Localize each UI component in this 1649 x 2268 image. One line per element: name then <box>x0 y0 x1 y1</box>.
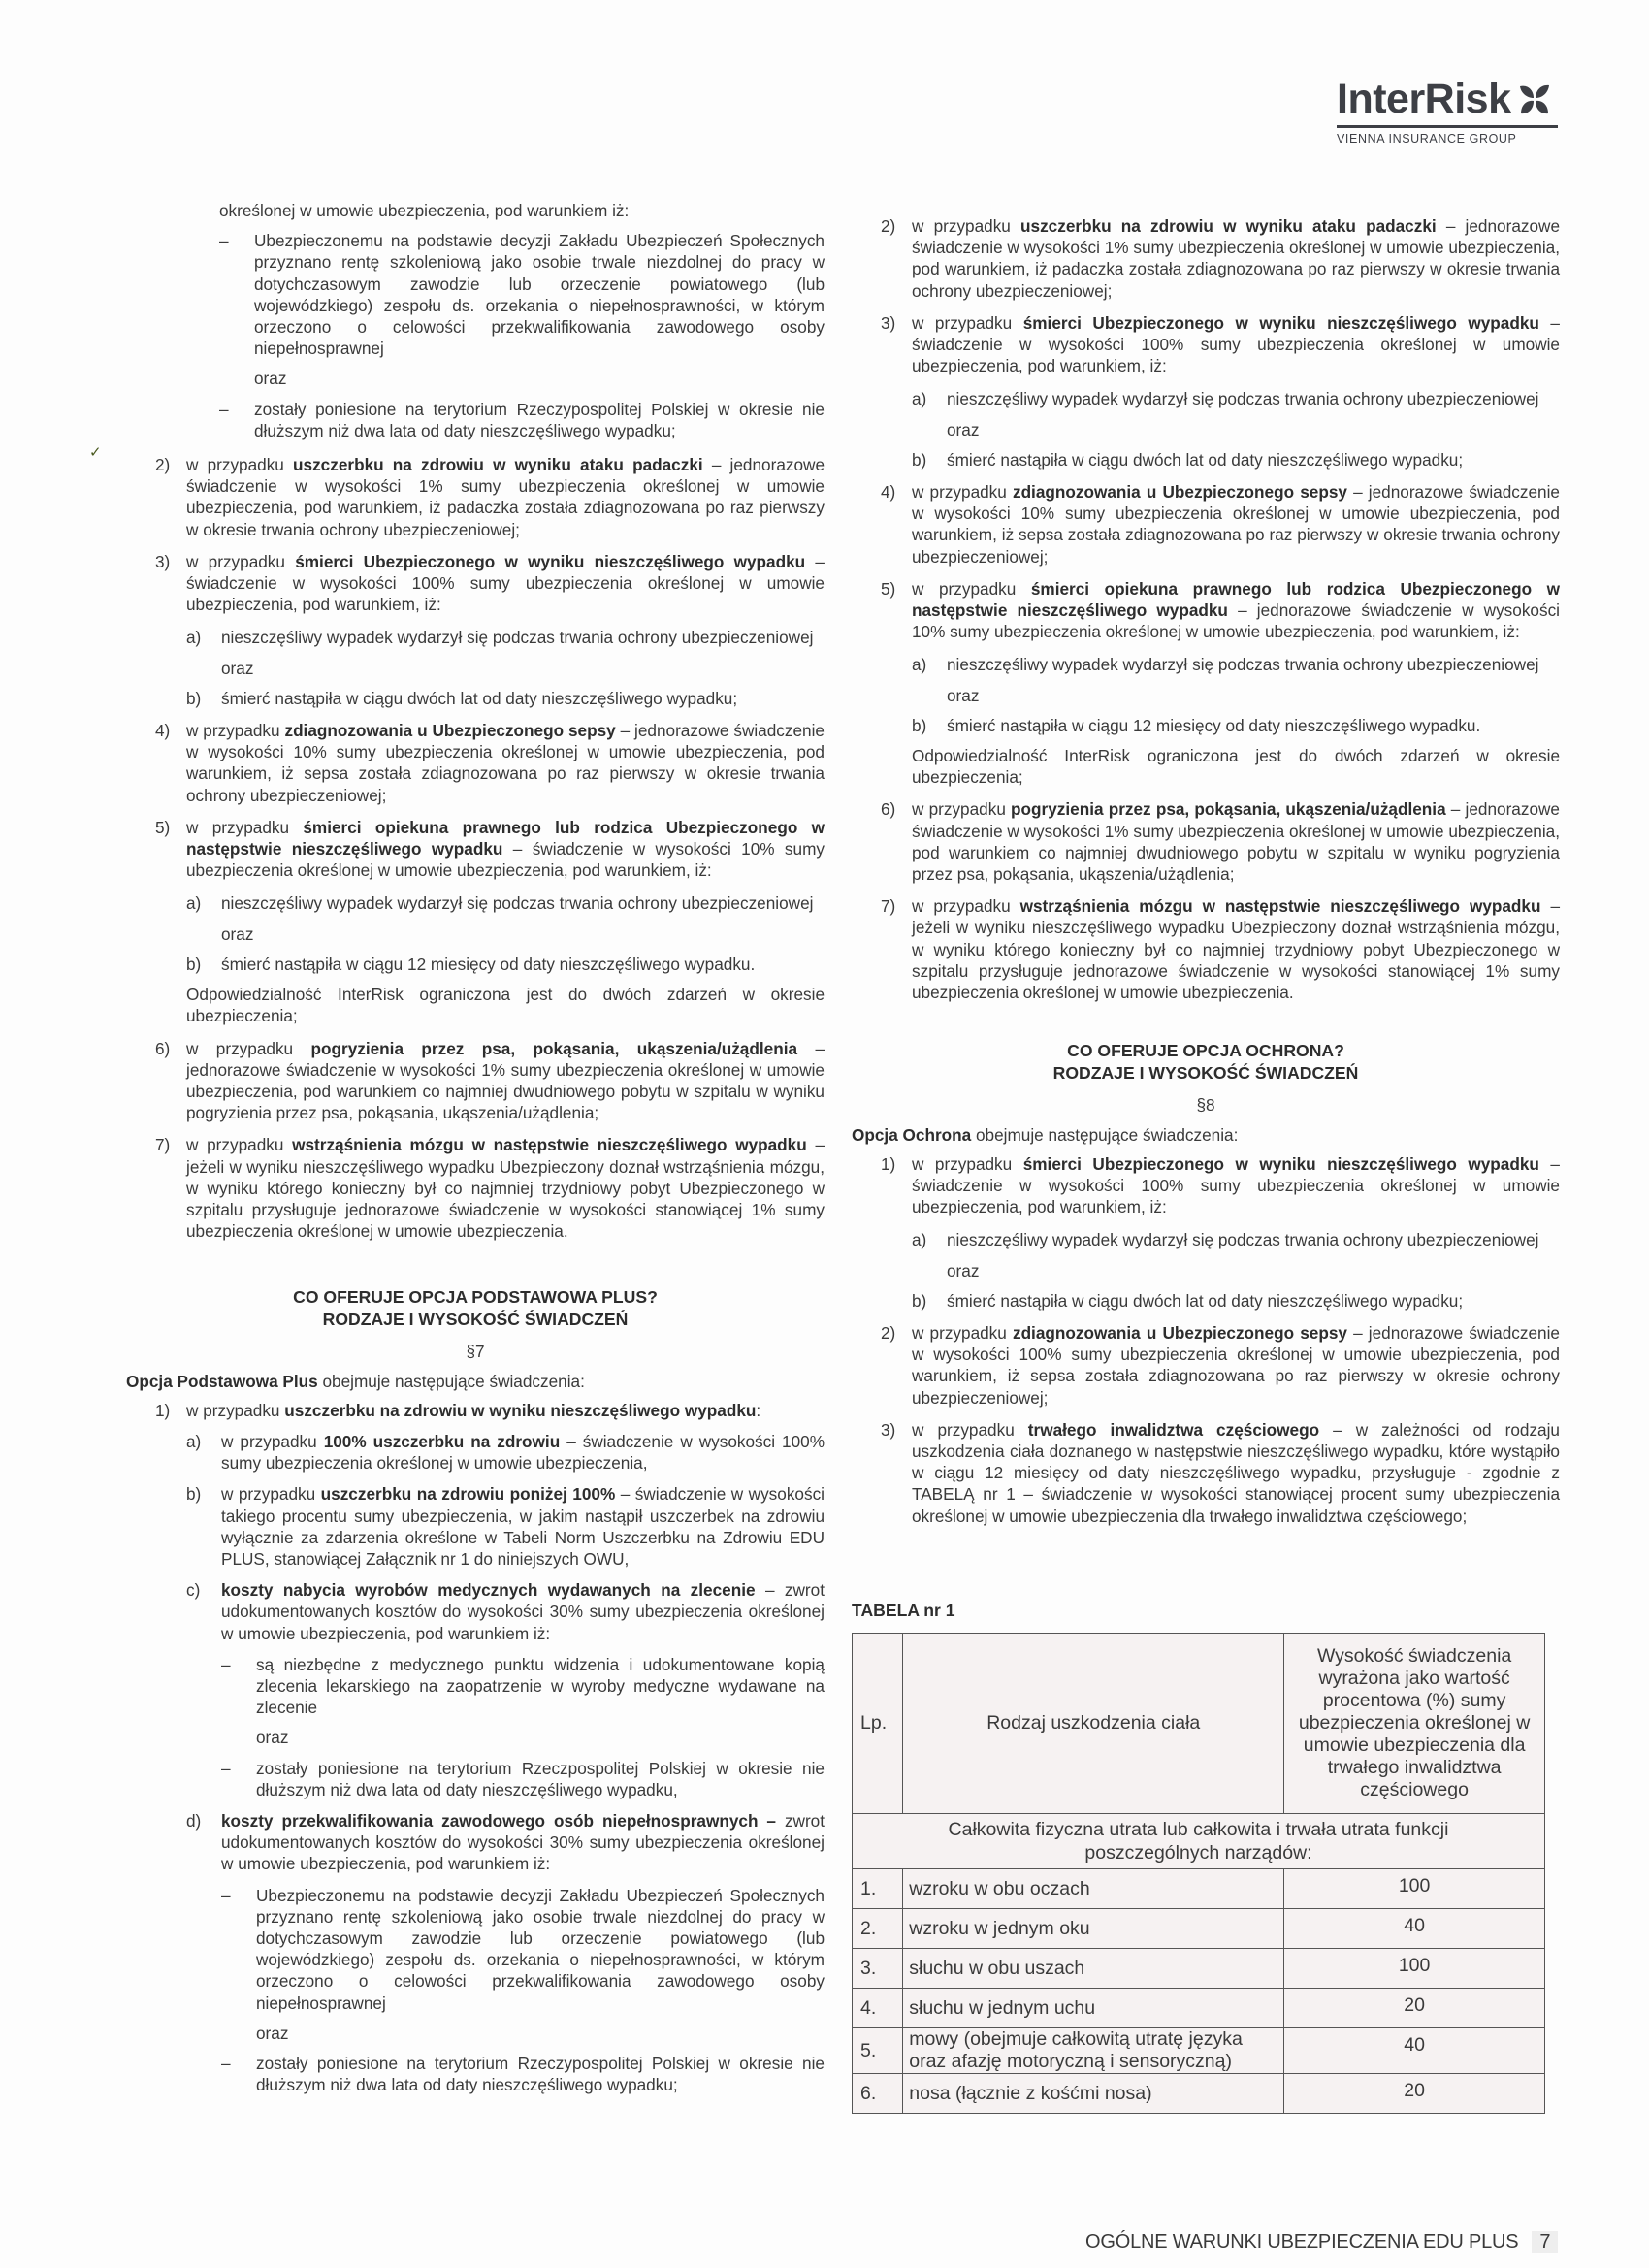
document-page: InterRisk VIENNA INSURANCE GROUP ✓ okreś… <box>0 0 1649 2268</box>
table-header-row: Lp. Rodzaj uszkodzenia ciała Wysokość św… <box>853 1634 1545 1814</box>
list-item: 6) w przypadku pogryzienia przez psa, po… <box>852 798 1560 885</box>
pen-checkmark-icon: ✓ <box>89 443 102 461</box>
section-heading: RODZAJE I WYSOKOŚĆ ŚWIADCZEŃ <box>852 1062 1560 1085</box>
cell-lp: 3. <box>853 1949 903 1989</box>
list-item: 4) w przypadku zdiagnozowania u Ubezpiec… <box>126 720 824 806</box>
section-intro: Opcja Podstawowa Plus obejmuje następują… <box>126 1371 824 1392</box>
list-item: 7) w przypadku wstrząśnienia mózgu w nas… <box>126 1134 824 1242</box>
table-row: 3.słuchu w obu uszach100 <box>853 1949 1545 1989</box>
list-item: 5) w przypadku śmierci opiekuna prawnego… <box>126 817 824 1027</box>
section-8: CO OFERUJE OPCJA OCHRONA? RODZAJE I WYSO… <box>852 1040 1560 1526</box>
table-row: 1.wzroku w obu oczach100 <box>853 1869 1545 1909</box>
liability-note: Odpowiedzialność InterRisk ograniczona j… <box>186 984 824 1026</box>
logo-divider <box>1337 125 1558 128</box>
cell-value: 20 <box>1284 2074 1545 2114</box>
cell-value: 40 <box>1284 1909 1545 1949</box>
cell-type: nosa (łącznie z kośćmi nosa) <box>903 2074 1284 2114</box>
cell-lp: 2. <box>853 1909 903 1949</box>
list-item: 5) w przypadku śmierci opiekuna prawnego… <box>852 578 1560 789</box>
cell-value: 20 <box>1284 1989 1545 2028</box>
cell-lp: 5. <box>853 2028 903 2074</box>
cell-type: słuchu w jednym uchu <box>903 1989 1284 2028</box>
dash-text: Ubezpieczonemu na podstawie decyzji Zakł… <box>254 231 824 358</box>
list-item: 2) w przypadku uszczerbku na zdrowiu w w… <box>852 215 1560 302</box>
cell-value: 100 <box>1284 1869 1545 1909</box>
paragraph-sign: §8 <box>852 1094 1560 1116</box>
section-heading: CO OFERUJE OPCJA PODSTAWOWA PLUS? <box>126 1286 824 1309</box>
table-group-row: Całkowita fizyczna utrata lub całkowita … <box>853 1814 1545 1869</box>
list-item: 7) w przypadku wstrząśnienia mózgu w nas… <box>852 895 1560 1003</box>
cell-lp: 4. <box>853 1989 903 2028</box>
list-item: –Ubezpieczonemu na podstawie decyzji Zak… <box>219 230 824 359</box>
column-header-injury-type: Rodzaj uszkodzenia ciała <box>903 1634 1284 1814</box>
list-item: 3) w przypadku śmierci Ubezpieczonego w … <box>126 551 824 709</box>
oraz-text: oraz <box>219 368 824 389</box>
section-intro: Opcja Ochrona obejmuje następujące świad… <box>852 1124 1560 1146</box>
column-header-benefit-value: Wysokość świadczenia wyrażona jako warto… <box>1284 1634 1545 1814</box>
section-heading: RODZAJE I WYSOKOŚĆ ŚWIADCZEŃ <box>126 1309 824 1331</box>
column-header-lp: Lp. <box>853 1634 903 1814</box>
table-title: TABELA nr 1 <box>852 1601 955 1621</box>
table-row: 5.mowy (obejmuje całkowitą utratę języka… <box>853 2028 1545 2074</box>
page-number: 7 <box>1532 2231 1558 2253</box>
cell-type: wzroku w obu oczach <box>903 1869 1284 1909</box>
list-item: 4) w przypadku zdiagnozowania u Ubezpiec… <box>852 481 1560 567</box>
list-item: 2) w przypadku uszczerbku na zdrowiu w w… <box>126 454 824 540</box>
section-7: CO OFERUJE OPCJA PODSTAWOWA PLUS? RODZAJ… <box>126 1286 824 2095</box>
table-row: 6.nosa (łącznie z kośćmi nosa)20 <box>853 2074 1545 2114</box>
list-item: 3) w przypadku trwałego inwalidztwa częś… <box>852 1419 1560 1527</box>
page-footer: OGÓLNE WARUNKI UBEZPIECZENIA EDU PLUS7 <box>1085 2231 1558 2253</box>
paragraph-sign: §7 <box>126 1341 824 1362</box>
list-item: –zostały poniesione na terytorium Rzeczy… <box>219 399 824 441</box>
group-label: Całkowita fizyczna utrata lub całkowita … <box>853 1814 1545 1869</box>
injury-benefit-table: Lp. Rodzaj uszkodzenia ciała Wysokość św… <box>852 1633 1545 2114</box>
dash-text: zostały poniesione na terytorium Rzeczyp… <box>254 400 824 440</box>
list-item: 6) w przypadku pogryzienia przez psa, po… <box>126 1038 824 1124</box>
cell-value: 40 <box>1284 2028 1545 2074</box>
cell-value: 100 <box>1284 1949 1545 1989</box>
logo-subtitle: VIENNA INSURANCE GROUP <box>1337 132 1560 146</box>
list-item: 2) w przypadku zdiagnozowania u Ubezpiec… <box>852 1322 1560 1409</box>
cell-lp: 1. <box>853 1869 903 1909</box>
butterfly-icon <box>1517 83 1552 116</box>
list-item: 1) w przypadku śmierci Ubezpieczonego w … <box>852 1153 1560 1312</box>
cell-type: wzroku w jednym oku <box>903 1909 1284 1949</box>
cell-type: mowy (obejmuje całkowitą utratę języka o… <box>903 2028 1284 2074</box>
interrisk-logo: InterRisk VIENNA INSURANCE GROUP <box>1337 76 1560 146</box>
continuation-text: określonej w umowie ubezpieczenia, pod w… <box>126 200 824 221</box>
list-item: 1) w przypadku uszczerbku na zdrowiu w w… <box>126 1400 824 2096</box>
table-row: 2.wzroku w jednym oku40 <box>853 1909 1545 1949</box>
cell-type: słuchu w obu uszach <box>903 1949 1284 1989</box>
cell-lp: 6. <box>853 2074 903 2114</box>
section-heading: CO OFERUJE OPCJA OCHRONA? <box>852 1040 1560 1062</box>
liability-note: Odpowiedzialność InterRisk ograniczona j… <box>912 745 1560 788</box>
table-row: 4.słuchu w jednym uchu20 <box>853 1989 1545 2028</box>
list-item: 3) w przypadku śmierci Ubezpieczonego w … <box>852 312 1560 470</box>
footer-title: OGÓLNE WARUNKI UBEZPIECZENIA EDU PLUS <box>1085 2231 1518 2252</box>
logo-wordmark: InterRisk <box>1337 76 1511 123</box>
